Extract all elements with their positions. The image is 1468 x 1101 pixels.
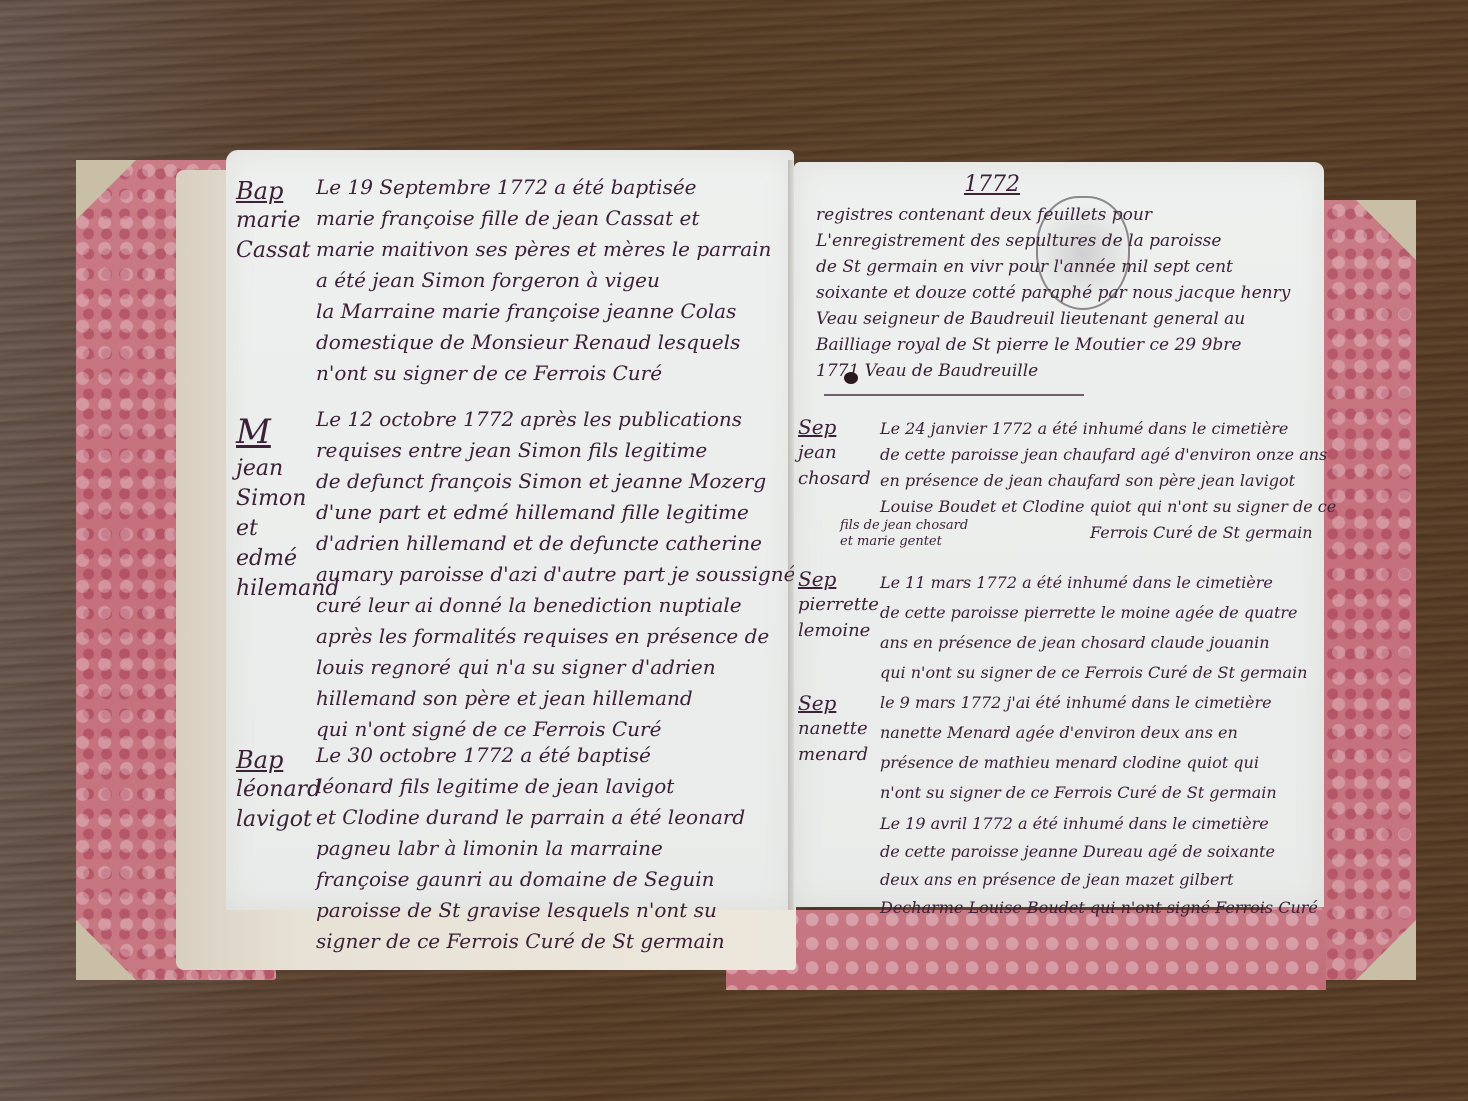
entry-type-label: Sep bbox=[798, 414, 871, 440]
parish-register-book: Bap marie Cassat Le 19 Septembre 1772 a … bbox=[76, 150, 1416, 990]
entry-line: de cette paroisse jeanne Dureau agé de s… bbox=[880, 838, 1318, 866]
entry-line: n'ont su signer de ce Ferrois Curé de St… bbox=[880, 778, 1277, 808]
entry-line: et Clodine durand le parrain a été leona… bbox=[316, 802, 745, 833]
entry-burial-nanette-menard: le 9 mars 1772 j'ai été inhumé dans le c… bbox=[880, 688, 1277, 808]
entry-line: Louise Boudet et Clodine quiot qui n'ont… bbox=[880, 494, 1336, 520]
entry-type-label: Sep bbox=[798, 566, 879, 592]
ink-blot bbox=[844, 372, 858, 384]
margin-name-line: pierrette bbox=[798, 592, 879, 618]
margin-note-baptism-marie-cassat: Bap marie Cassat bbox=[236, 176, 311, 266]
entry-type-label: Bap bbox=[236, 176, 311, 206]
header-line: Bailliage royal de St pierre le Moutier … bbox=[816, 332, 1290, 358]
entry-marriage-simon-hilemand: Le 12 octobre 1772 après les publication… bbox=[316, 404, 795, 745]
margin-note-baptism-leonard-lavigot: Bap léonard lavigot bbox=[236, 745, 321, 835]
margin-name-line: chosard bbox=[798, 466, 871, 492]
entry-line: léonard fils legitime de jean lavigot bbox=[316, 771, 745, 802]
margin-name-line: lavigot bbox=[236, 805, 321, 835]
entry-line: a été jean Simon forgeron à vigeu bbox=[316, 265, 771, 296]
margin-name-line: marie bbox=[236, 206, 311, 236]
header-line: de St germain en vivr pour l'année mil s… bbox=[816, 254, 1290, 280]
entry-line: de cette paroisse jean chaufard agé d'en… bbox=[880, 442, 1336, 468]
margin-note-burial-nanette-menard: Sep nanette menard bbox=[798, 690, 868, 768]
entry-line: nanette Menard agée d'environ deux ans e… bbox=[880, 718, 1277, 748]
entry-line: deux ans en présence de jean mazet gilbe… bbox=[880, 866, 1318, 894]
margin-note-burial-jean-chosard: Sep jean chosard bbox=[798, 414, 871, 492]
entry-line: de cette paroisse pierrette le moine agé… bbox=[880, 598, 1307, 628]
left-page: Bap marie Cassat Le 19 Septembre 1772 a … bbox=[226, 150, 794, 910]
header-line: soixante et douze cotté paraphé par nous… bbox=[816, 280, 1290, 306]
entry-line: requises entre jean Simon fils legitime bbox=[316, 435, 795, 466]
entry-line: françoise gaunri au domaine de Seguin bbox=[316, 864, 745, 895]
header-line: L'enregistrement des sepultures de la pa… bbox=[816, 228, 1290, 254]
entry-line: Le 19 Septembre 1772 a été baptisée bbox=[316, 172, 771, 203]
entry-burial-jeanne-dureau: Le 19 avril 1772 a été inhumé dans le ci… bbox=[880, 810, 1318, 922]
entry-line: Le 19 avril 1772 a été inhumé dans le ci… bbox=[880, 810, 1318, 838]
entry-type-label: Sep bbox=[798, 690, 868, 716]
entry-line: la Marraine marie françoise jeanne Colas bbox=[316, 296, 771, 327]
register-certification-header: registres contenant deux feuillets pour … bbox=[816, 202, 1290, 384]
entry-line: paroisse de St gravise lesquels n'ont su bbox=[316, 895, 745, 926]
entry-line: signer de ce Ferrois Curé de St germain bbox=[316, 926, 745, 957]
entry-type-label: Bap bbox=[236, 745, 321, 775]
entry-line: curé leur ai donné la benediction nuptia… bbox=[316, 590, 795, 621]
entry-line: le 9 mars 1772 j'ai été inhumé dans le c… bbox=[880, 688, 1277, 718]
margin-name-line: Cassat bbox=[236, 236, 311, 266]
marginal-annotation-parents: fils de jean chosard et marie gentet bbox=[840, 518, 968, 550]
entry-burial-pierrette-lemoine: Le 11 mars 1772 a été inhumé dans le cim… bbox=[880, 568, 1307, 688]
entry-line: pagneu labr à limonin la marraine bbox=[316, 833, 745, 864]
entry-line: n'ont su signer de ce Ferrois Curé bbox=[316, 358, 771, 389]
entry-line: d'adrien hillemand et de defuncte cather… bbox=[316, 528, 795, 559]
margin-name-line: nanette bbox=[798, 716, 868, 742]
margin-name-line: jean bbox=[798, 440, 871, 466]
annotation-line: et marie gentet bbox=[840, 534, 968, 550]
signature-flourish bbox=[824, 394, 1084, 396]
entry-line: aumary paroisse d'azi d'autre part je so… bbox=[316, 559, 795, 590]
entry-line: Le 12 octobre 1772 après les publication… bbox=[316, 404, 795, 435]
annotation-line: fils de jean chosard bbox=[840, 518, 968, 534]
entry-line: marie maitivon ses pères et mères le par… bbox=[316, 234, 771, 265]
margin-name-line: menard bbox=[798, 742, 868, 768]
entry-baptism-leonard-lavigot: Le 30 octobre 1772 a été baptisé léonard… bbox=[316, 740, 745, 957]
header-line: 1771 Veau de Baudreuille bbox=[816, 358, 1290, 384]
entry-line: d'une part et edmé hillemand fille legit… bbox=[316, 497, 795, 528]
margin-note-burial-pierrette-lemoine: Sep pierrette lemoine bbox=[798, 566, 879, 644]
entry-line: en présence de jean chaufard son père je… bbox=[880, 468, 1336, 494]
entry-line: ans en présence de jean chosard claude j… bbox=[880, 628, 1307, 658]
entry-line: Le 24 janvier 1772 a été inhumé dans le … bbox=[880, 416, 1336, 442]
entry-line: présence de mathieu menard clodine quiot… bbox=[880, 748, 1277, 778]
right-page: 1772 registres contenant deux feuillets … bbox=[794, 162, 1324, 907]
bottom-cover-marbled bbox=[726, 910, 1326, 990]
entry-line: louis regnoré qui n'a su signer d'adrien bbox=[316, 652, 795, 683]
entry-line: domestique de Monsieur Renaud lesquels bbox=[316, 327, 771, 358]
entry-line: de defunct françois Simon et jeanne Moze… bbox=[316, 466, 795, 497]
entry-line: Le 30 octobre 1772 a été baptisé bbox=[316, 740, 745, 771]
header-line: registres contenant deux feuillets pour bbox=[816, 202, 1290, 228]
entry-line: Le 11 mars 1772 a été inhumé dans le cim… bbox=[880, 568, 1307, 598]
entry-line: hillemand son père et jean hillemand bbox=[316, 683, 795, 714]
entry-line: qui n'ont su signer de ce Ferrois Curé d… bbox=[880, 658, 1307, 688]
margin-name-line: léonard bbox=[236, 775, 321, 805]
margin-name-line: lemoine bbox=[798, 618, 879, 644]
entry-line: après les formalités requises en présenc… bbox=[316, 621, 795, 652]
entry-baptism-marie-cassat: Le 19 Septembre 1772 a été baptisée mari… bbox=[316, 172, 771, 389]
entry-line: Decharme Louise Boudet qui n'ont signé F… bbox=[880, 894, 1318, 922]
header-line: Veau seigneur de Baudreuil lieutenant ge… bbox=[816, 306, 1290, 332]
register-year-heading: 1772 bbox=[964, 172, 1020, 197]
entry-line: marie françoise fille de jean Cassat et bbox=[316, 203, 771, 234]
